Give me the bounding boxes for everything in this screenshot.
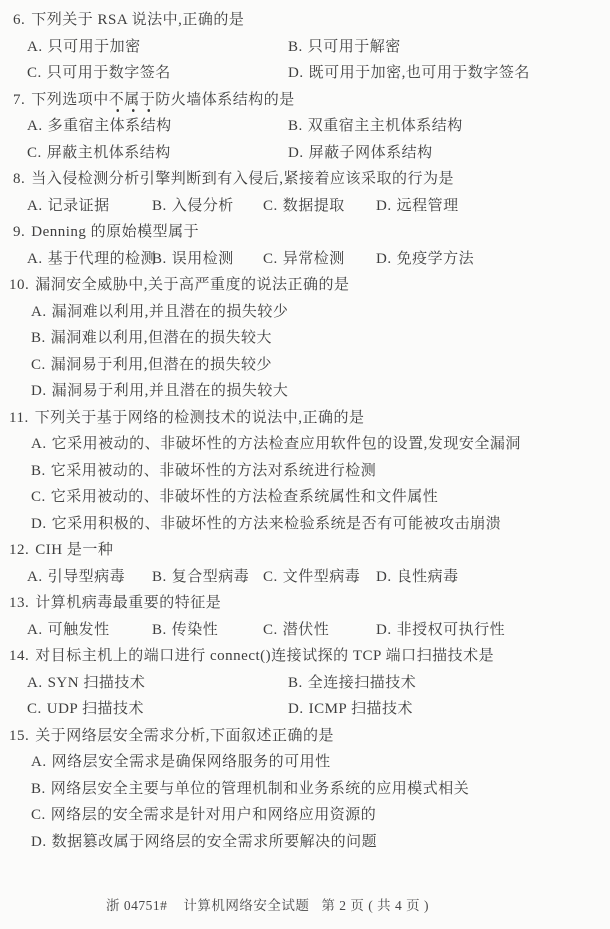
option-row: A.它采用被动的、非破坏性的方法检查应用软件包的设置,发现安全漏洞	[0, 431, 535, 458]
option-a: A.引导型病毒	[27, 564, 125, 591]
option-b: B.双重宿主主机体系结构	[288, 113, 463, 140]
option-d: D.免疫学方法	[376, 246, 474, 273]
option-text: ICMP 扫描技术	[309, 701, 413, 717]
question-stem-text: 下列关于 RSA 说法中,正确的是	[31, 12, 244, 28]
option-row: B.它采用被动的、非破坏性的方法对系统进行检测	[0, 458, 535, 485]
option-text: 入侵分析	[172, 198, 234, 214]
question-stem-text: 当入侵检测分析引擎判断到有入侵后,紧接着应该采取的行为是	[31, 171, 454, 187]
option-text: 文件型病毒	[283, 569, 361, 585]
option-a: A.漏洞难以利用,并且潜在的损失较少	[31, 299, 288, 326]
option-c: C.潜伏性	[263, 617, 329, 644]
stem-emphasized-text: 不属于	[109, 92, 156, 113]
question-number: 11.	[9, 410, 29, 426]
option-text: 漏洞难以利用,但潜在的损失较大	[51, 330, 272, 346]
option-label: B.	[288, 118, 303, 134]
option-d: D.既可用于加密,也可用于数字签名	[288, 60, 530, 87]
question-9: 9.Denning 的原始模型属于 A.基于代理的检测 B.误用检测 C.异常检…	[0, 219, 535, 272]
option-row: C.它采用被动的、非破坏性的方法检查系统属性和文件属性	[0, 484, 535, 511]
option-label: B.	[152, 622, 167, 638]
option-text: 免疫学方法	[397, 251, 475, 267]
option-text: 非授权可执行性	[397, 622, 506, 638]
option-label: A.	[27, 569, 43, 585]
question-stem-text: Denning 的原始模型属于	[31, 224, 199, 240]
option-text: 漏洞难以利用,并且潜在的损失较少	[52, 304, 289, 320]
option-text: 良性病毒	[397, 569, 459, 585]
option-b: B.只可用于解密	[288, 34, 401, 61]
question-number: 6.	[13, 12, 25, 28]
option-label: A.	[31, 436, 47, 452]
option-text: 基于代理的检测	[48, 251, 157, 267]
stem-segment-post: 防火墙体系结构的是	[155, 92, 295, 108]
option-row: A.可触发性 B.传染性 C.潜伏性 D.非授权可执行性	[0, 617, 535, 644]
option-row: C.UDP 扫描技术 D.ICMP 扫描技术	[0, 696, 535, 723]
option-text: 可触发性	[48, 622, 110, 638]
option-text: 屏蔽主机体系结构	[47, 145, 171, 161]
option-row: C.漏洞易于利用,但潜在的损失较少	[0, 352, 535, 379]
option-c: C.UDP 扫描技术	[27, 696, 144, 723]
option-text: 传染性	[172, 622, 219, 638]
option-text: 引导型病毒	[48, 569, 126, 585]
question-stem: 15.关于网络层安全需求分析,下面叙述正确的是	[0, 723, 535, 750]
option-text: 数据提取	[283, 198, 345, 214]
question-stem-text: 计算机病毒最重要的特征是	[35, 595, 221, 611]
option-label: D.	[376, 622, 392, 638]
option-label: A.	[27, 622, 43, 638]
option-label: C.	[27, 65, 42, 81]
question-15: 15.关于网络层安全需求分析,下面叙述正确的是 A.网络层安全需求是确保网络服务…	[0, 723, 535, 856]
option-text: 它采用被动的、非破坏性的方法检查应用软件包的设置,发现安全漏洞	[52, 436, 521, 452]
question-stem: 12.CIH 是一种	[0, 537, 535, 564]
question-stem: 6.下列关于 RSA 说法中,正确的是	[0, 7, 535, 34]
footer-exam-title: 计算机网络安全试题	[183, 898, 309, 913]
option-label: D.	[31, 516, 47, 532]
option-b: B.入侵分析	[152, 193, 234, 220]
option-row: C.屏蔽主机体系结构 D.屏蔽子网体系结构	[0, 140, 535, 167]
option-text: 复合型病毒	[172, 569, 250, 585]
option-text: 网络层的安全需求是针对用户和网络应用资源的	[51, 807, 377, 823]
option-text: 全连接扫描技术	[308, 675, 417, 691]
option-text: 只可用于数字签名	[47, 65, 171, 81]
option-label: C.	[27, 701, 42, 717]
option-row: A.网络层安全需求是确保网络服务的可用性	[0, 749, 535, 776]
option-row: C.网络层的安全需求是针对用户和网络应用资源的	[0, 802, 535, 829]
question-stem-text: 关于网络层安全需求分析,下面叙述正确的是	[35, 728, 334, 744]
question-6: 6.下列关于 RSA 说法中,正确的是 A.只可用于加密 B.只可用于解密 C.…	[0, 7, 535, 87]
option-row: A.只可用于加密 B.只可用于解密	[0, 34, 535, 61]
option-c: C.异常检测	[263, 246, 345, 273]
option-text: 潜伏性	[283, 622, 330, 638]
question-number: 13.	[9, 595, 29, 611]
option-b: B.全连接扫描技术	[288, 670, 416, 697]
option-d: D.远程管理	[376, 193, 459, 220]
option-label: C.	[263, 251, 278, 267]
question-number: 14.	[9, 648, 29, 664]
option-text: 只可用于加密	[48, 39, 141, 55]
option-a: A.SYN 扫描技术	[27, 670, 145, 697]
option-label: A.	[31, 754, 47, 770]
option-d: D.屏蔽子网体系结构	[288, 140, 433, 167]
option-c: C.只可用于数字签名	[27, 60, 171, 87]
question-stem: 8.当入侵检测分析引擎判断到有入侵后,紧接着应该采取的行为是	[0, 166, 535, 193]
exam-questions: 6.下列关于 RSA 说法中,正确的是 A.只可用于加密 B.只可用于解密 C.…	[0, 7, 535, 855]
option-label: D.	[376, 251, 392, 267]
option-row: D.它采用积极的、非破坏性的方法来检验系统是否有可能被攻击崩溃	[0, 511, 535, 538]
option-text: 既可用于加密,也可用于数字签名	[309, 65, 530, 81]
option-text: 双重宿主主机体系结构	[308, 118, 463, 134]
option-a: A.可触发性	[27, 617, 110, 644]
option-label: B.	[288, 675, 303, 691]
footer-page-indicator: 第 2 页 ( 共 4 页 )	[321, 898, 429, 913]
question-number: 10.	[9, 277, 29, 293]
question-stem-text: 对目标主机上的端口进行 connect()连接试探的 TCP 端口扫描技术是	[35, 648, 494, 664]
option-label: B.	[288, 39, 303, 55]
option-a: A.网络层安全需求是确保网络服务的可用性	[31, 749, 331, 776]
option-c: C.数据提取	[263, 193, 345, 220]
option-label: C.	[263, 622, 278, 638]
option-d: D.它采用积极的、非破坏性的方法来检验系统是否有可能被攻击崩溃	[31, 511, 501, 538]
option-row: D.漏洞易于利用,并且潜在的损失较大	[0, 378, 535, 405]
option-label: C.	[263, 569, 278, 585]
question-12: 12.CIH 是一种 A.引导型病毒 B.复合型病毒 C.文件型病毒 D.良性病…	[0, 537, 535, 590]
option-label: A.	[27, 675, 43, 691]
option-text: 异常检测	[283, 251, 345, 267]
question-stem: 14.对目标主机上的端口进行 connect()连接试探的 TCP 端口扫描技术…	[0, 643, 535, 670]
option-row: A.基于代理的检测 B.误用检测 C.异常检测 D.免疫学方法	[0, 246, 535, 273]
footer-exam-code: 浙 04751#	[106, 898, 167, 913]
option-label: A.	[27, 251, 43, 267]
option-b: B.它采用被动的、非破坏性的方法对系统进行检测	[31, 458, 376, 485]
option-row: B.网络层安全主要与单位的管理机制和业务系统的应用模式相关	[0, 776, 535, 803]
option-label: C.	[263, 198, 278, 214]
option-text: 只可用于解密	[308, 39, 401, 55]
option-text: 误用检测	[172, 251, 234, 267]
option-d: D.非授权可执行性	[376, 617, 505, 644]
question-stem-text: 漏洞安全威胁中,关于高严重度的说法正确的是	[35, 277, 349, 293]
option-text: SYN 扫描技术	[48, 675, 146, 691]
option-text: 屏蔽子网体系结构	[309, 145, 433, 161]
option-a: A.基于代理的检测	[27, 246, 156, 273]
option-c: C.网络层的安全需求是针对用户和网络应用资源的	[31, 802, 376, 829]
option-row: A.引导型病毒 B.复合型病毒 C.文件型病毒 D.良性病毒	[0, 564, 535, 591]
option-d: D.良性病毒	[376, 564, 459, 591]
option-row: A.漏洞难以利用,并且潜在的损失较少	[0, 299, 535, 326]
question-11: 11.下列关于基于网络的检测技术的说法中,正确的是 A.它采用被动的、非破坏性的…	[0, 405, 535, 538]
option-text: 它采用被动的、非破坏性的方法对系统进行检测	[51, 463, 377, 479]
option-label: B.	[152, 251, 167, 267]
option-a: A.记录证据	[27, 193, 110, 220]
option-b: B.复合型病毒	[152, 564, 249, 591]
option-label: C.	[31, 807, 46, 823]
option-b: B.传染性	[152, 617, 218, 644]
option-label: C.	[31, 357, 46, 373]
option-text: 多重宿主体系结构	[48, 118, 172, 134]
question-stem-text: CIH 是一种	[35, 542, 113, 558]
question-13: 13.计算机病毒最重要的特征是 A.可触发性 B.传染性 C.潜伏性 D.非授权…	[0, 590, 535, 643]
option-row: D.数据篡改属于网络层的安全需求所要解决的问题	[0, 829, 535, 856]
option-text: 漏洞易于利用,但潜在的损失较少	[51, 357, 272, 373]
option-a: A.多重宿主体系结构	[27, 113, 172, 140]
question-stem: 9.Denning 的原始模型属于	[0, 219, 535, 246]
option-text: UDP 扫描技术	[47, 701, 144, 717]
option-label: A.	[31, 304, 47, 320]
option-label: B.	[31, 330, 46, 346]
question-number: 8.	[13, 171, 25, 187]
option-label: D.	[288, 65, 304, 81]
option-label: D.	[31, 834, 47, 850]
question-8: 8.当入侵检测分析引擎判断到有入侵后,紧接着应该采取的行为是 A.记录证据 B.…	[0, 166, 535, 219]
exam-page: 6.下列关于 RSA 说法中,正确的是 A.只可用于加密 B.只可用于解密 C.…	[0, 0, 610, 929]
option-label: D.	[288, 701, 304, 717]
question-stem: 10.漏洞安全威胁中,关于高严重度的说法正确的是	[0, 272, 535, 299]
option-row: B.漏洞难以利用,但潜在的损失较大	[0, 325, 535, 352]
option-label: C.	[31, 489, 46, 505]
option-label: A.	[27, 198, 43, 214]
question-7: 7.下列选项中不属于防火墙体系结构的是 A.多重宿主体系结构 B.双重宿主主机体…	[0, 87, 535, 167]
option-row: A.记录证据 B.入侵分析 C.数据提取 D.远程管理	[0, 193, 535, 220]
option-d: D.ICMP 扫描技术	[288, 696, 413, 723]
option-label: A.	[27, 39, 43, 55]
question-stem: 7.下列选项中不属于防火墙体系结构的是	[0, 87, 535, 114]
option-b: B.网络层安全主要与单位的管理机制和业务系统的应用模式相关	[31, 776, 469, 803]
option-b: B.误用检测	[152, 246, 234, 273]
option-c: C.漏洞易于利用,但潜在的损失较少	[31, 352, 272, 379]
option-label: B.	[31, 781, 46, 797]
option-d: D.数据篡改属于网络层的安全需求所要解决的问题	[31, 829, 377, 856]
option-label: D.	[31, 383, 47, 399]
option-text: 网络层安全需求是确保网络服务的可用性	[52, 754, 331, 770]
question-number: 15.	[9, 728, 29, 744]
option-label: A.	[27, 118, 43, 134]
option-label: D.	[288, 145, 304, 161]
question-number: 12.	[9, 542, 29, 558]
option-text: 它采用被动的、非破坏性的方法检查系统属性和文件属性	[51, 489, 439, 505]
option-c: C.它采用被动的、非破坏性的方法检查系统属性和文件属性	[31, 484, 438, 511]
option-text: 记录证据	[48, 198, 110, 214]
question-stem: 11.下列关于基于网络的检测技术的说法中,正确的是	[0, 405, 535, 432]
exam-footer: 浙 04751#计算机网络安全试题第 2 页 ( 共 4 页 )	[0, 894, 535, 914]
option-row: C.只可用于数字签名 D.既可用于加密,也可用于数字签名	[0, 60, 535, 87]
option-label: C.	[27, 145, 42, 161]
option-a: A.它采用被动的、非破坏性的方法检查应用软件包的设置,发现安全漏洞	[31, 431, 521, 458]
option-c: C.屏蔽主机体系结构	[27, 140, 171, 167]
option-text: 远程管理	[397, 198, 459, 214]
option-label: B.	[152, 569, 167, 585]
option-label: D.	[376, 569, 392, 585]
option-label: B.	[31, 463, 46, 479]
option-row: A.SYN 扫描技术 B.全连接扫描技术	[0, 670, 535, 697]
option-text: 网络层安全主要与单位的管理机制和业务系统的应用模式相关	[51, 781, 470, 797]
question-number: 7.	[13, 92, 25, 108]
option-a: A.只可用于加密	[27, 34, 141, 61]
question-number: 9.	[13, 224, 25, 240]
question-10: 10.漏洞安全威胁中,关于高严重度的说法正确的是 A.漏洞难以利用,并且潜在的损…	[0, 272, 535, 405]
question-stem: 13.计算机病毒最重要的特征是	[0, 590, 535, 617]
question-14: 14.对目标主机上的端口进行 connect()连接试探的 TCP 端口扫描技术…	[0, 643, 535, 723]
option-d: D.漏洞易于利用,并且潜在的损失较大	[31, 378, 288, 405]
question-stem-text: 下列关于基于网络的检测技术的说法中,正确的是	[35, 410, 365, 426]
option-label: D.	[376, 198, 392, 214]
option-text: 它采用积极的、非破坏性的方法来检验系统是否有可能被攻击崩溃	[52, 516, 502, 532]
stem-segment-pre: 下列选项中	[31, 92, 109, 108]
option-c: C.文件型病毒	[263, 564, 360, 591]
option-text: 数据篡改属于网络层的安全需求所要解决的问题	[52, 834, 378, 850]
option-b: B.漏洞难以利用,但潜在的损失较大	[31, 325, 272, 352]
option-text: 漏洞易于利用,并且潜在的损失较大	[52, 383, 289, 399]
option-label: B.	[152, 198, 167, 214]
option-row: A.多重宿主体系结构 B.双重宿主主机体系结构	[0, 113, 535, 140]
